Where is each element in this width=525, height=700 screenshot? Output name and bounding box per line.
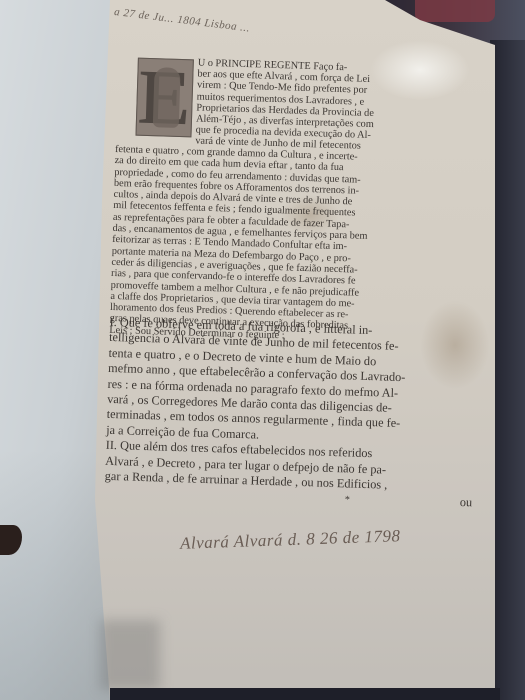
background-right: [490, 40, 525, 700]
left-facing-page: [0, 0, 115, 700]
coat-of-arms-icon: [153, 67, 181, 128]
intro-paragraph: U o PRINCIPE REGENTE Faço fa- ber aos qu…: [195, 58, 488, 157]
shadow: [100, 620, 160, 690]
ornamental-drop-cap: E: [135, 58, 193, 138]
signature-mark: *: [345, 495, 350, 506]
background-red-object: [415, 0, 495, 22]
articles-section: I. Que fe obferve em toda a fua rigorofa…: [104, 315, 482, 512]
background-bottom: [110, 688, 500, 700]
catchword-text: ou: [460, 495, 473, 509]
